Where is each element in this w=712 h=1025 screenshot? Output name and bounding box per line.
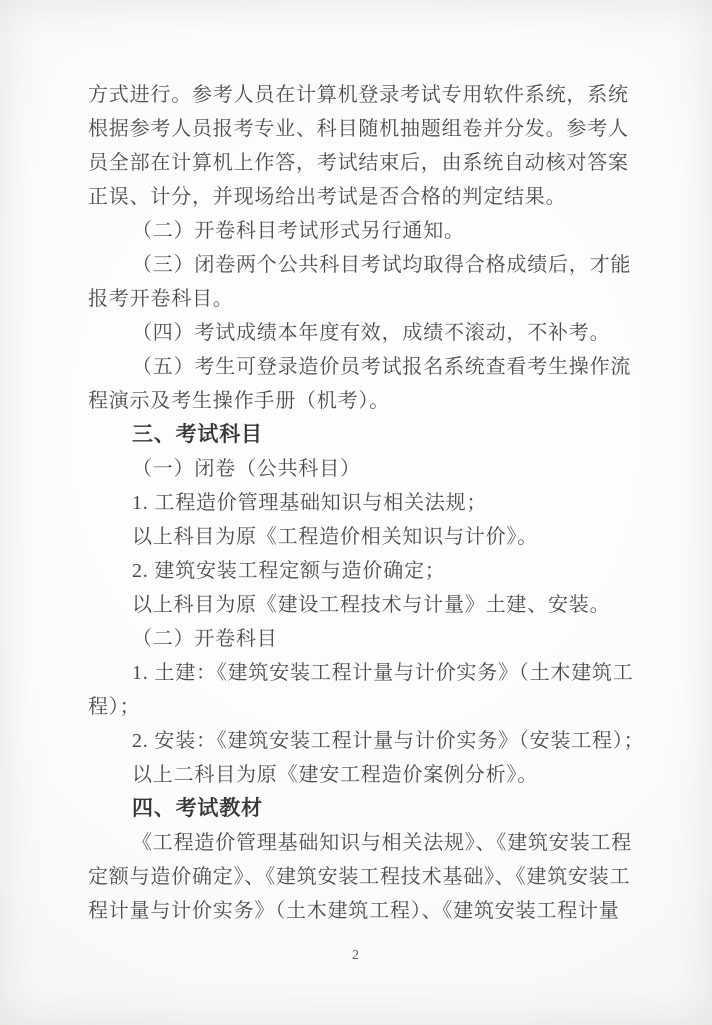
document-page: 方式进行。参考人员在计算机登录考试专用软件系统，系统 根据参考人员报考专业、科目… [0, 0, 712, 1025]
text-line: （三）闭卷两个公共科目考试均取得合格成绩后，才能 [88, 248, 628, 282]
text-line: 程计量与计价实务》（土木建筑工程）、《建筑安装工程计量 [88, 894, 628, 928]
text-line: 1. 工程造价管理基础知识与相关法规； [88, 486, 628, 520]
text-line: 员全部在计算机上作答，考试结束后，由系统自动核对答案 [88, 146, 628, 180]
text-line: 以上科目为原《建设工程技术与计量》土建、安装。 [88, 588, 628, 622]
section-heading: 四、考试教材 [88, 792, 628, 826]
text-line: 1. 土建：《建筑安装工程计量与计价实务》（土木建筑工 [88, 656, 628, 690]
text-line: 方式进行。参考人员在计算机登录考试专用软件系统，系统 [88, 78, 628, 112]
section-heading: 三、考试科目 [88, 418, 628, 452]
text-line: 正误、计分，并现场给出考试是否合格的判定结果。 [88, 180, 628, 214]
text-line: 2. 安装：《建筑安装工程计量与计价实务》（安装工程）； [88, 724, 628, 758]
text-line: 以上科目为原《工程造价相关知识与计价》。 [88, 520, 628, 554]
document-text-block: 方式进行。参考人员在计算机登录考试专用软件系统，系统 根据参考人员报考专业、科目… [88, 78, 628, 928]
text-line: （二）开卷科目 [88, 622, 628, 656]
text-line: （一）闭卷（公共科目） [88, 452, 628, 486]
text-line: （四）考试成绩本年度有效，成绩不滚动，不补考。 [88, 316, 628, 350]
text-line: 程演示及考生操作手册（机考）。 [88, 384, 628, 418]
text-line: （五）考生可登录造价员考试报名系统查看考生操作流 [88, 350, 628, 384]
text-line: 定额与造价确定》、《建筑安装工程技术基础》、《建筑安装工 [88, 860, 628, 894]
page-number: 2 [0, 948, 712, 964]
text-line: 程）； [88, 690, 628, 724]
text-line: 报考开卷科目。 [88, 282, 628, 316]
text-line: （二）开卷科目考试形式另行通知。 [88, 214, 628, 248]
text-line: 以上二科目为原《建安工程造价案例分析》。 [88, 758, 628, 792]
text-line: 根据参考人员报考专业、科目随机抽题组卷并分发。参考人 [88, 112, 628, 146]
text-line: 《工程造价管理基础知识与相关法规》、《建筑安装工程 [88, 826, 628, 860]
text-line: 2. 建筑安装工程定额与造价确定； [88, 554, 628, 588]
